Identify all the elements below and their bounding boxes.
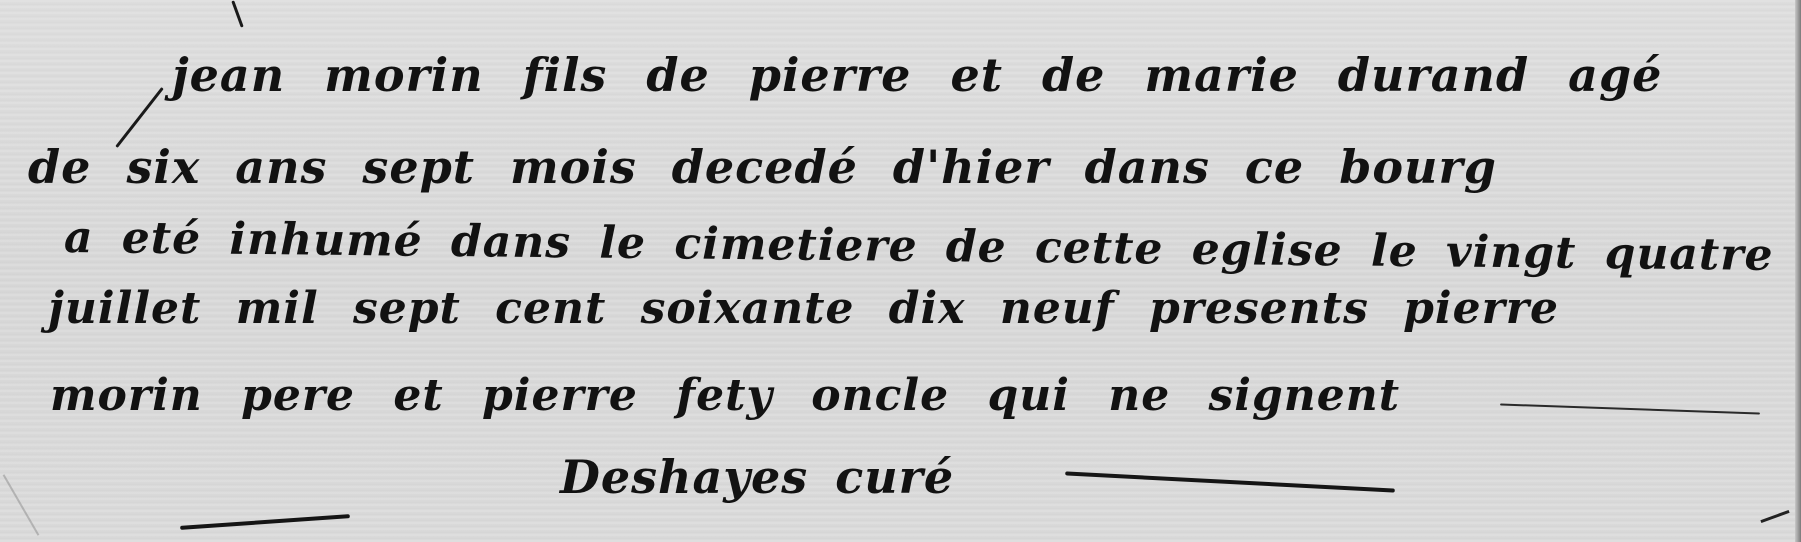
- text-line-3: a eté inhumé dans le cimetiere de cette …: [64, 212, 1774, 281]
- text-line-4: juillet mil sept cent soixante dix neuf …: [48, 283, 1559, 334]
- next-entry-mark: [1760, 510, 1789, 523]
- text-line-2: de six ans sept mois decedé d'hier dans …: [28, 140, 1497, 194]
- pen-stroke: [231, 0, 243, 27]
- text-line-1: jean morin fils de pierre et de marie du…: [172, 48, 1662, 102]
- line-end-flourish: [1500, 403, 1760, 414]
- text-line-5: morin pere et pierre fety oncle qui ne s…: [50, 370, 1400, 421]
- signature-flourish-right: [1065, 471, 1395, 492]
- pen-stroke: [115, 87, 164, 148]
- signature-flourish-left: [180, 514, 350, 530]
- signature: Deshayes curé: [560, 450, 954, 504]
- page-edge: [1795, 0, 1801, 542]
- faint-mark: [3, 474, 40, 536]
- document-page: jean morin fils de pierre et de marie du…: [0, 0, 1801, 542]
